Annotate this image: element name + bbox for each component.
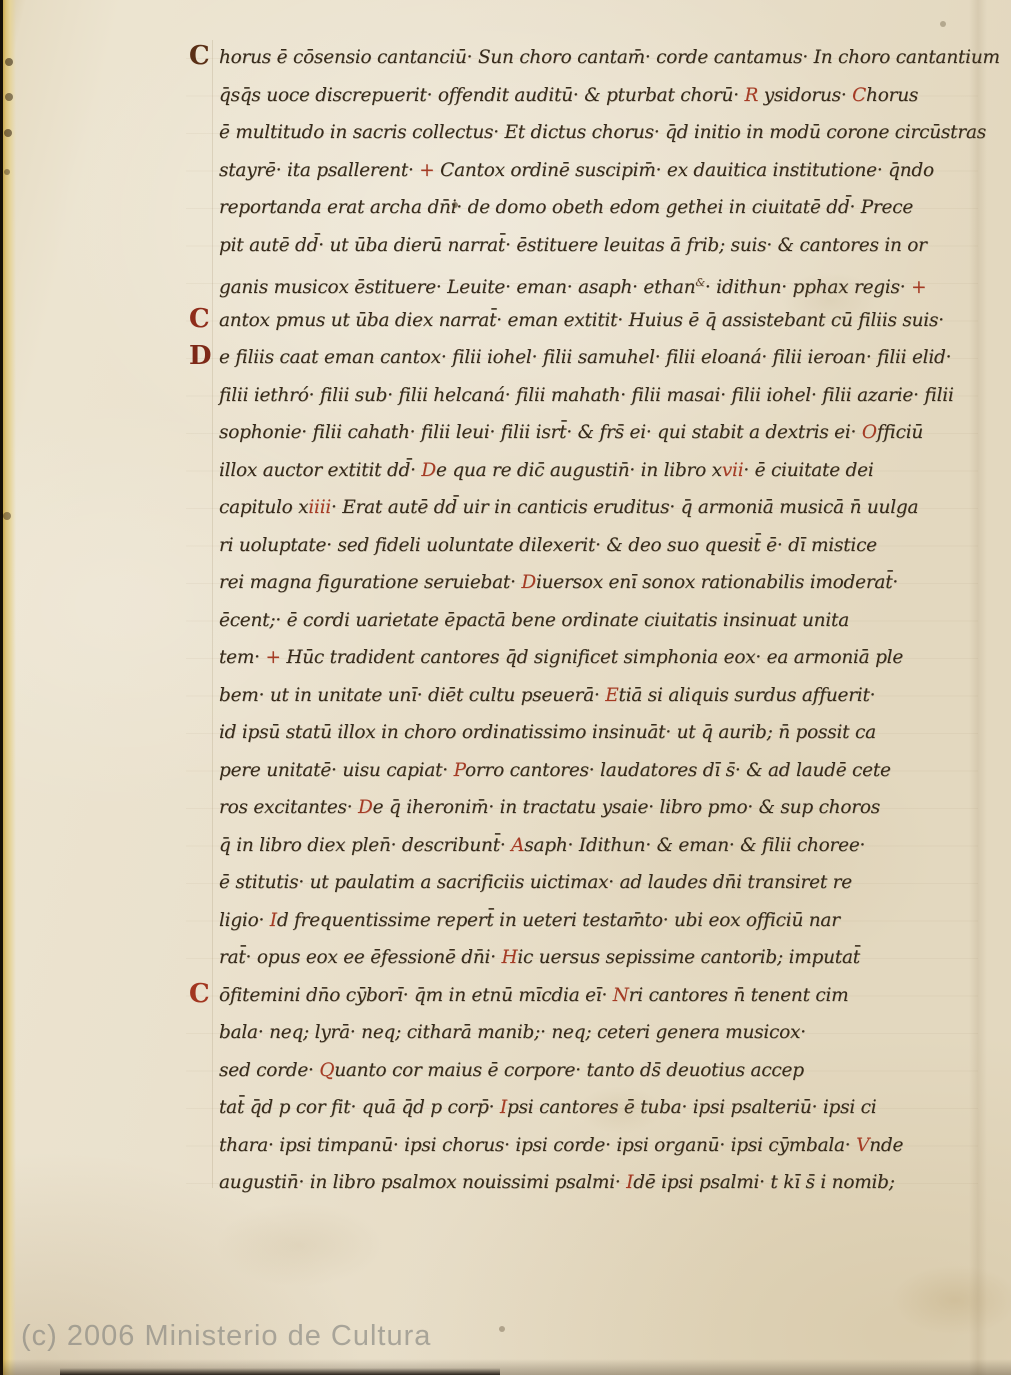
ink-text: ē stitutis· ut paulatim a sacrificiis ui… (219, 872, 852, 893)
manuscript-text-line: stayrē· ita psallerent· + Cantox ordinē … (219, 152, 979, 190)
ink-text: psi cantores ē tuba· ipsi psalteriū· ips… (507, 1097, 876, 1118)
manuscript-text-line: tem· + Hūc tradident cantores q̄d signif… (219, 639, 979, 677)
ink-text: antox pmus ut ūba diex narrat̄· eman ext… (219, 310, 944, 331)
manuscript-text-line: q̄sq̄s uoce discrepuerit· offendit audit… (219, 77, 979, 115)
ink-text: sed corde· (219, 1060, 319, 1081)
ink-text: Cantox ordinē suscipim̄· ex dauitica ins… (435, 160, 934, 181)
rubricated-initial: D (189, 338, 211, 376)
rubric-text: + (419, 160, 434, 181)
rubric-text: V (856, 1135, 869, 1156)
ink-text: ligio· (219, 910, 270, 931)
manuscript-text-line: sed corde· Quanto cor maius ē corpore· t… (219, 1052, 979, 1090)
ink-text: q̄ in libro diex plen̄· describunt̄· (219, 835, 511, 856)
ink-text: e filiis caat eman cantox· filii iohel· … (219, 347, 951, 368)
ink-text: uanto cor maius ē corpore· tanto ds̄ deu… (334, 1060, 804, 1081)
ink-text: pit autē dd̄· ut ūba dierū narrat̄· ēsti… (219, 235, 927, 256)
rubric-text: + (265, 647, 280, 668)
rubric-text: R (744, 85, 758, 106)
ink-text: ri cantores n̄ tenent cim (629, 985, 849, 1006)
manuscript-text-line: tat̄ q̄d p cor fit· quā q̄d p corp̄· Ips… (219, 1089, 979, 1127)
rubric-text: Q (319, 1060, 334, 1081)
sewing-holes-and-specks (0, 0, 4, 4)
rubric-text: C (852, 85, 866, 106)
copyright-watermark: (c) 2006 Ministerio de Cultura (21, 1320, 431, 1353)
ink-text: augustin̄· in libro psalmox nouissimi ps… (219, 1172, 626, 1193)
ink-text: ri uoluptate· sed fideli uoluntate dilex… (219, 535, 877, 556)
manuscript-text-line: ros excitantes· De q̄ iheronim̄· in trac… (219, 789, 979, 827)
ink-text: rei magna figuratione seruiebat· (219, 572, 521, 593)
ink-text: iuersox enī sonox rationabilis imoderat̄… (536, 572, 898, 593)
rubric-text: H (501, 947, 517, 968)
ink-text: tem· (219, 647, 265, 668)
ink-text: capitulo x (219, 497, 308, 518)
interlinear-gloss: & (695, 276, 705, 289)
manuscript-text-line: ganis musicox ēstituere· Leuite· eman· a… (219, 264, 979, 302)
ink-text: tiā si aliquis surdus affuerit· (619, 685, 876, 706)
ink-text: id ipsū statū illox in choro ordinatissi… (219, 722, 876, 743)
page-fold-shading (969, 0, 987, 1375)
ink-text: ic uersus sepissime cantorib; imputat̄ (517, 947, 860, 968)
rubric-text: + (911, 277, 926, 298)
ink-text: · idithun· pphax regis· (705, 277, 911, 298)
manuscript-text-line: rei magna figuratione seruiebat· Diuerso… (219, 564, 979, 602)
ink-text: fficiū (877, 422, 923, 443)
ink-text: dē ipsi psalmi· t kī s̄ i nomib; (633, 1172, 895, 1193)
rubric-text: E (605, 685, 618, 706)
ink-text: ros excitantes· (219, 797, 358, 818)
manuscript-text-line: Cōfitemini dn̄o cȳborī· q̄m in etnū mīcd… (219, 977, 979, 1015)
ink-text: ēcent;· ē cordi uarietate ēpactā bene or… (219, 610, 849, 631)
manuscript-text-line: sophonie· filii cahath· filii leui· fili… (219, 414, 979, 452)
manuscript-scan-page: Chorus ē cōsensio cantanciū· Sun choro c… (0, 0, 1011, 1375)
rubric-text: D (521, 572, 536, 593)
page-gutter-edge (0, 0, 16, 1375)
manuscript-text-line: ē stitutis· ut paulatim a sacrificiis ui… (219, 864, 979, 902)
manuscript-text-line: pere unitatē· uisu capiat· Porro cantore… (219, 752, 979, 790)
manuscript-text-block: Chorus ē cōsensio cantanciū· Sun choro c… (219, 39, 979, 1202)
rubric-text: O (862, 422, 877, 443)
manuscript-text-line: pit autē dd̄· ut ūba dierū narrat̄· ēsti… (219, 227, 979, 265)
rubric-text: A (511, 835, 524, 856)
rubric-text: P (454, 760, 465, 781)
margin-ruling-line (212, 40, 213, 1188)
ink-text: ōfitemini dn̄o cȳborī· q̄m in etnū mīcdi… (219, 985, 613, 1006)
rubricated-initial: C (189, 301, 209, 339)
manuscript-text-line: ēcent;· ē cordi uarietate ēpactā bene or… (219, 602, 979, 640)
ink-text: ganis musicox ēstituere· Leuite· eman· a… (219, 277, 695, 298)
rubric-text: I (270, 910, 277, 931)
rubric-text: D (421, 460, 436, 481)
ink-text: horus (866, 85, 918, 106)
manuscript-text-line: Chorus ē cōsensio cantanciū· Sun choro c… (219, 39, 979, 77)
ink-text: · Erat autē dd̄ uir in canticis eruditus… (331, 497, 918, 518)
manuscript-text-line: augustin̄· in libro psalmox nouissimi ps… (219, 1164, 979, 1202)
ink-text: · ē ciuitate dei (743, 460, 873, 481)
ink-text: pere unitatē· uisu capiat· (219, 760, 454, 781)
manuscript-text-line: bem· ut in unitate unī· diēt cultu pseue… (219, 677, 979, 715)
manuscript-text-line: ri uoluptate· sed fideli uoluntate dilex… (219, 527, 979, 565)
manuscript-text-line: id ipsū statū illox in choro ordinatissi… (219, 714, 979, 752)
bottom-edge-dark-sliver (60, 1368, 500, 1375)
ink-text: rat̄· opus eox ee ēfessionē dn̄i· (219, 947, 501, 968)
ink-text: tat̄ q̄d p cor fit· quā q̄d p corp̄· (219, 1097, 500, 1118)
manuscript-text-line: ligio· Id frequentissime repert̄ in uete… (219, 902, 979, 940)
ink-text: orro cantores· laudatores dī s̄· & ad la… (465, 760, 891, 781)
ink-text: filii iethró· filii sub· filii helcaná· … (219, 385, 954, 406)
manuscript-text-line: ē multitudo in sacris collectus· Et dict… (219, 114, 979, 152)
manuscript-text-line: filii iethró· filii sub· filii helcaná· … (219, 377, 979, 415)
ink-text: horus ē cōsensio cantanciū· Sun choro ca… (219, 47, 1000, 68)
manuscript-text-line: illox auctor extitit dd̄· De qua re dic̄… (219, 452, 979, 490)
ink-text: nde (869, 1135, 903, 1156)
ink-text: thara· ipsi timpanū· ipsi chorus· ipsi c… (219, 1135, 856, 1156)
manuscript-text-line: bala· neq; lyrā· neq; citharā manib;· ne… (219, 1014, 979, 1052)
ink-text: reportanda erat archa dn̄i· de domo obet… (219, 197, 913, 218)
rubric-text: N (613, 985, 629, 1006)
ink-text: bem· ut in unitate unī· diēt cultu pseue… (219, 685, 605, 706)
manuscript-text-line: q̄ in libro diex plen̄· describunt̄· Asa… (219, 827, 979, 865)
rubric-text: iiii (308, 497, 331, 518)
ink-text: bala· neq; lyrā· neq; citharā manib;· ne… (219, 1022, 806, 1043)
manuscript-text-line: reportanda erat archa dn̄i· de domo obet… (219, 189, 979, 227)
ink-text: d frequentissime repert̄ in ueteri testa… (277, 910, 840, 931)
ink-text: sophonie· filii cahath· filii leui· fili… (219, 422, 862, 443)
rubric-text: D (358, 797, 373, 818)
ink-text: ysidorus· (758, 85, 852, 106)
ink-text: e q̄ iheronim̄· in tractatu ysaie· libro… (373, 797, 880, 818)
rubricated-initial: C (189, 38, 209, 76)
ink-text: saph· Idithun· & eman· & filii choree· (524, 835, 865, 856)
ink-text: e qua re dic̄ augustin̄· in libro x (436, 460, 722, 481)
rubric-text: I (500, 1097, 507, 1118)
manuscript-text-line: Cantox pmus ut ūba diex narrat̄· eman ex… (219, 302, 979, 340)
manuscript-text-line: capitulo xiiii· Erat autē dd̄ uir in can… (219, 489, 979, 527)
ink-text: illox auctor extitit dd̄· (219, 460, 421, 481)
ink-text: stayrē· ita psallerent· (219, 160, 419, 181)
ink-text: ē multitudo in sacris collectus· Et dict… (219, 122, 986, 143)
manuscript-text-line: rat̄· opus eox ee ēfessionē dn̄i· Hic ue… (219, 939, 979, 977)
ink-text: Hūc tradident cantores q̄d significet si… (281, 647, 903, 668)
manuscript-text-line: thara· ipsi timpanū· ipsi chorus· ipsi c… (219, 1127, 979, 1165)
ink-text: q̄sq̄s uoce discrepuerit· offendit audit… (219, 85, 744, 106)
manuscript-text-line: De filiis caat eman cantox· filii iohel·… (219, 339, 979, 377)
rubricated-initial: C (189, 976, 209, 1014)
rubric-text: vii (722, 460, 744, 481)
